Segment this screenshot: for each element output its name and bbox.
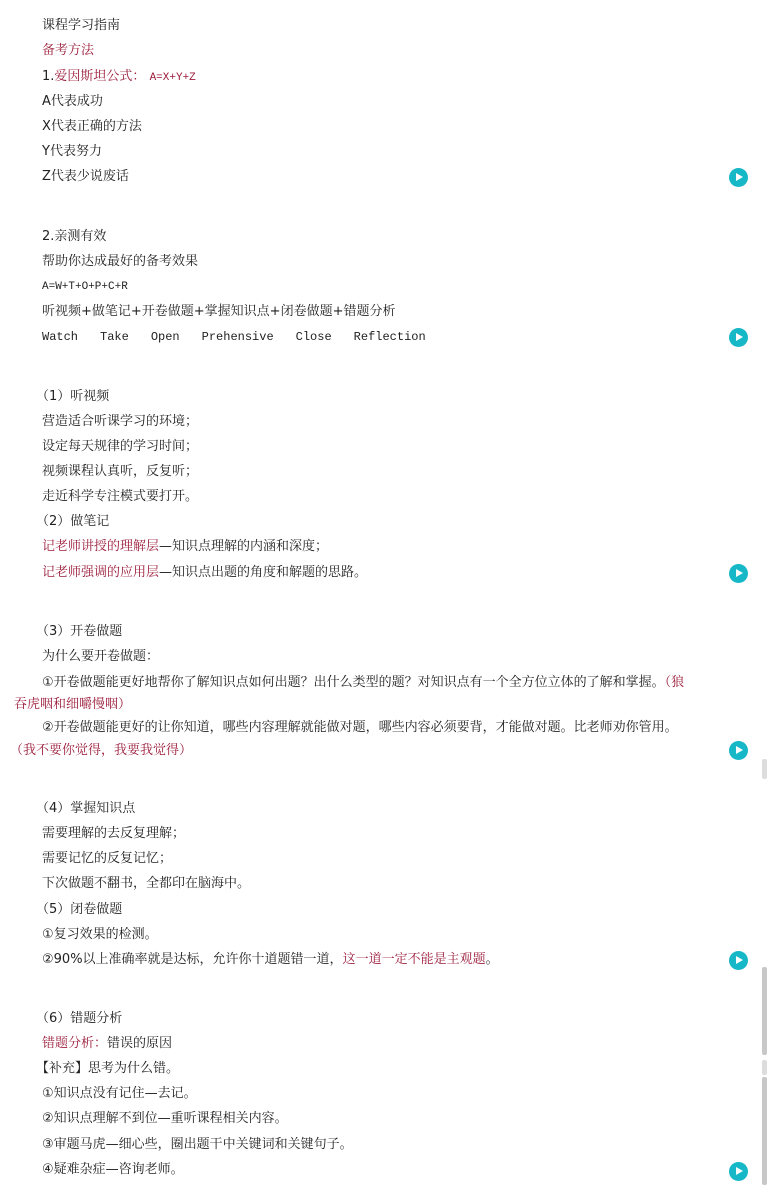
play-audio-button[interactable] (729, 951, 748, 970)
play-audio-button[interactable] (729, 741, 748, 760)
text-line: 为什么要开卷做题： (42, 647, 159, 667)
text-line: ①知识点没有记住—去记。 (42, 1084, 197, 1104)
part3-heading: （3）开卷做题 (36, 622, 122, 642)
part5-heading: （5）闭卷做题 (36, 900, 122, 920)
text-line: 需要记忆的反复记忆； (42, 849, 172, 869)
text-line: Z代表少说废话 (42, 167, 129, 187)
play-audio-button[interactable] (729, 168, 748, 187)
play-audio-button[interactable] (729, 328, 748, 347)
text-line: ②90%以上准确率就是达标，允许你十道题错一道，这一道一定不能是主观题。 (42, 950, 499, 970)
text-line: ②开卷做题能更好的让你知道，哪些内容理解就能做对题，哪些内容必须要背，才能做对题… (42, 718, 678, 738)
section1-heading: 1.爱因斯坦公式： A=X+Y+Z (42, 67, 196, 87)
text-line: 【补充】思考为什么错。 (36, 1059, 179, 1079)
text-line: 吞虎咽和细嚼慢咽） (14, 695, 131, 715)
text-line: 视频课程认真听，反复听； (42, 462, 198, 482)
text-line: ②知识点理解不到位—重听课程相关内容。 (42, 1109, 288, 1129)
formula: A=W+T+O+P+C+R (42, 277, 128, 297)
scrollbar-thumb[interactable] (762, 759, 767, 779)
text-line: 听视频+做笔记+开卷做题+掌握知识点+闭卷做题+错题分析 (42, 302, 395, 322)
text-line: 营造适合听课学习的环境； (42, 412, 198, 432)
text-line: ④疑难杂症—咨询老师。 (42, 1160, 184, 1180)
page-subtitle: 备考方法 (42, 41, 94, 61)
text-line: 记老师讲授的理解层—知识点理解的内涵和深度； (42, 537, 328, 557)
page-title: 课程学习指南 (42, 16, 120, 36)
text-line: 设定每天规律的学习时间； (42, 437, 198, 457)
text-line: 帮助你达成最好的备考效果 (42, 252, 198, 272)
text-line: 下次做题不翻书，全都印在脑海中。 (42, 874, 250, 894)
text-line: X代表正确的方法 (42, 117, 142, 137)
part2-heading: （2）做笔记 (36, 512, 109, 532)
part6-heading: （6）错题分析 (36, 1009, 122, 1029)
keyword-list: WatchTakeOpenPrehensiveCloseReflection (42, 327, 448, 347)
part1-heading: （1）听视频 (36, 387, 109, 407)
scrollbar-track[interactable] (762, 1060, 767, 1075)
scrollbar-thumb[interactable] (762, 1077, 767, 1185)
text-line: ①开卷做题能更好地帮你了解知识点如何出题？出什么类型的题？对知识点有一个全方位立… (42, 673, 684, 693)
text-line: （我不要你觉得，我要我觉得） (10, 741, 192, 761)
text-line: 需要理解的去反复理解； (42, 824, 185, 844)
text-line: 错题分析：错误的原因 (42, 1034, 172, 1054)
section2-heading: 2.亲测有效 (42, 227, 106, 247)
text-line: ③审题马虎—细心些，圈出题干中关键词和关键句子。 (42, 1135, 353, 1155)
scrollbar-thumb[interactable] (762, 967, 767, 1055)
play-audio-button[interactable] (729, 1162, 748, 1181)
text-line: ①复习效果的检测。 (42, 925, 158, 945)
text-line: 走近科学专注模式要打开。 (42, 487, 198, 507)
text-line: A代表成功 (42, 92, 103, 112)
play-audio-button[interactable] (729, 564, 748, 583)
text-line: Y代表努力 (42, 142, 102, 162)
text-line: 记老师强调的应用层—知识点出题的角度和解题的思路。 (42, 563, 367, 583)
part4-heading: （4）掌握知识点 (36, 799, 135, 819)
